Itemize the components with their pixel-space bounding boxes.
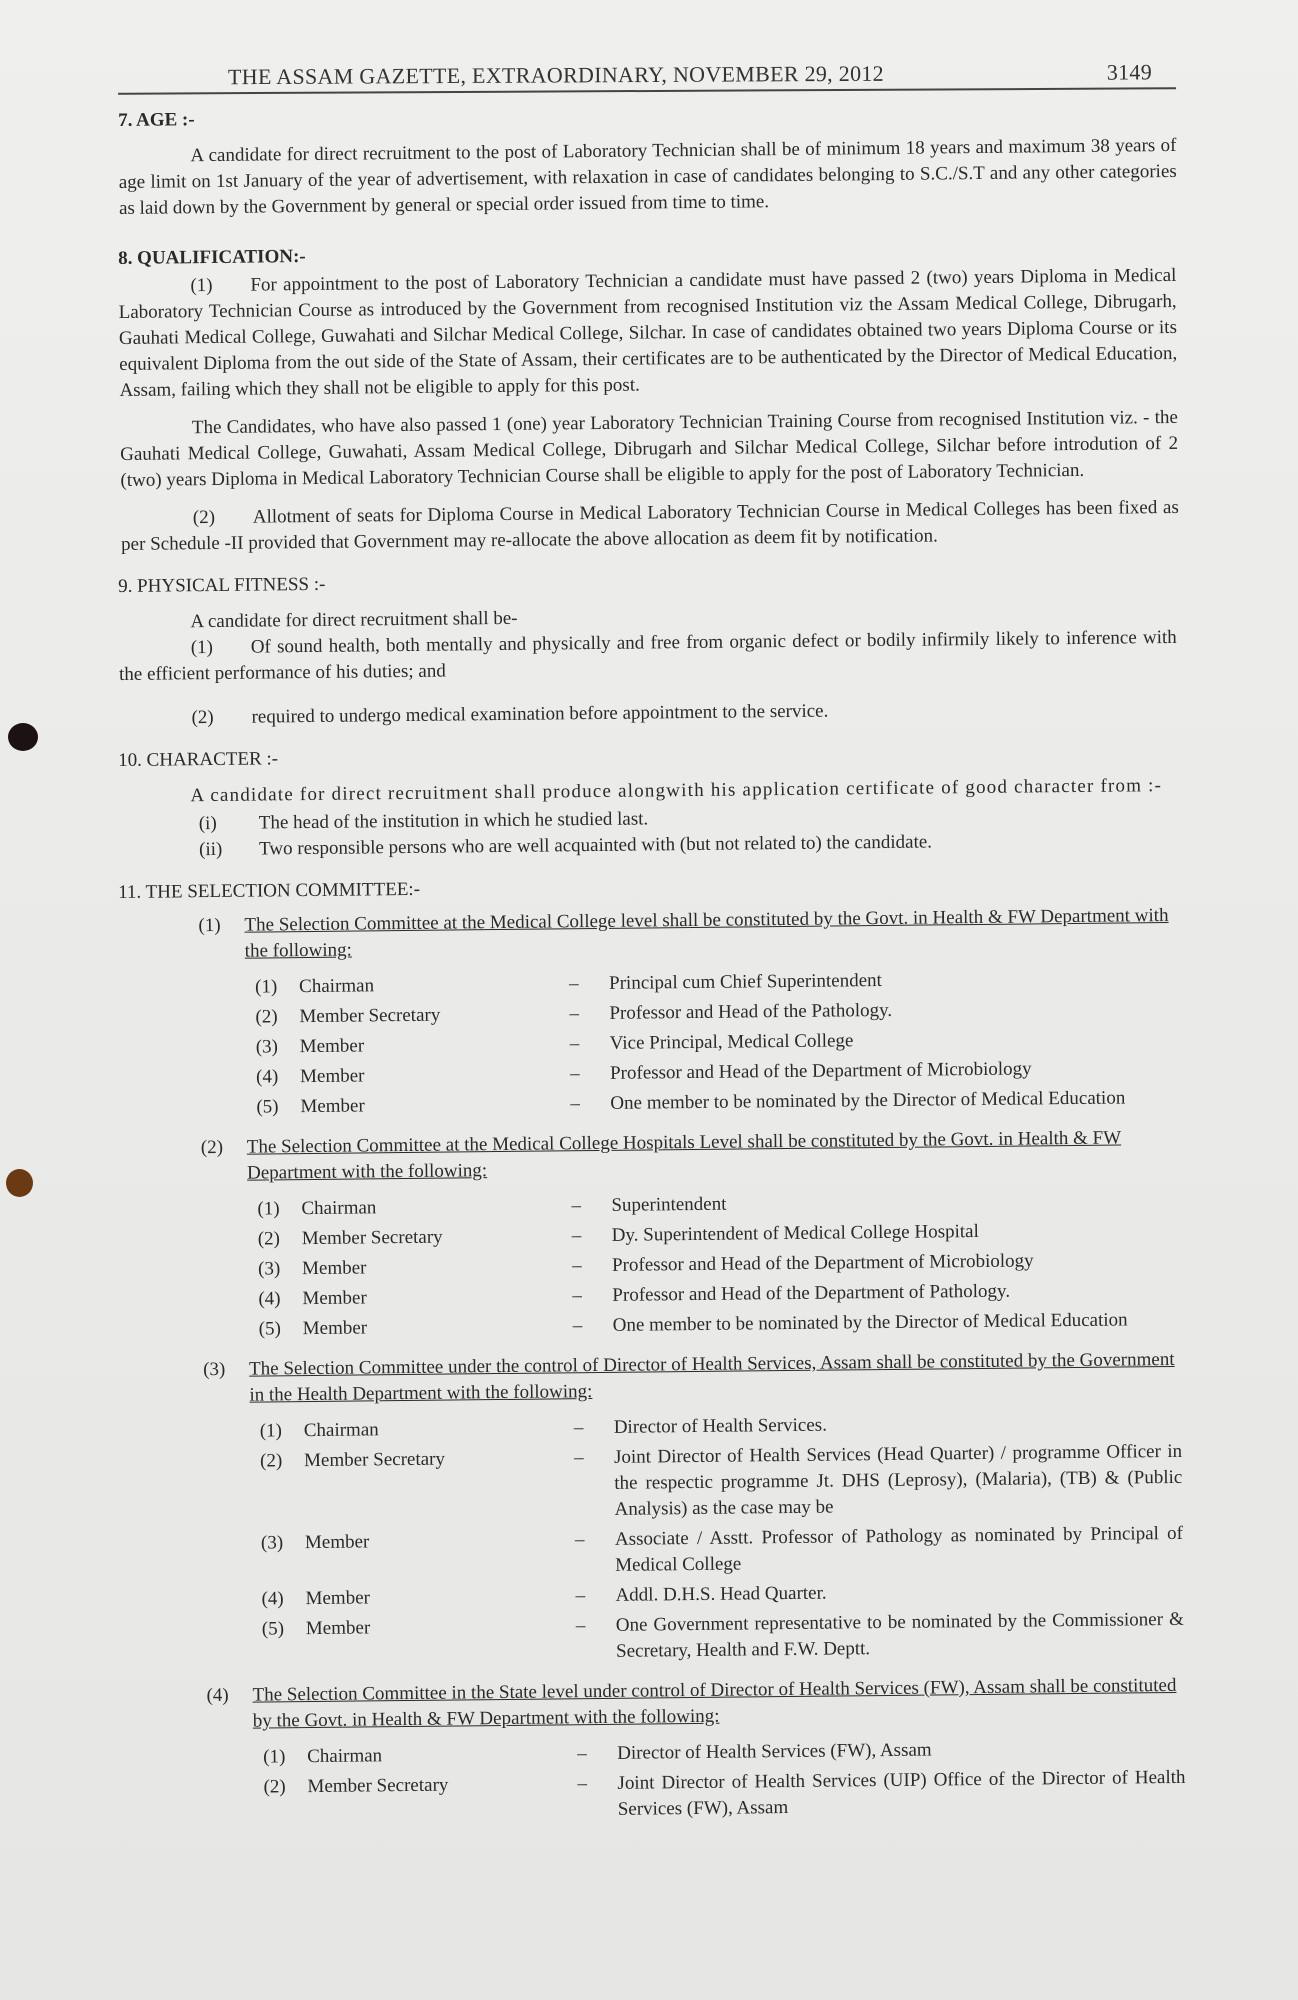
section-title: 10. CHARACTER :- — [118, 737, 1176, 774]
item-number: (1) — [190, 273, 250, 300]
committee-heading-text: The Selection Committee under the contro… — [249, 1347, 1181, 1409]
committee-member-row: (1)Chairman–Director of Health Services. — [260, 1409, 1182, 1445]
committee-member-row: (4)Member–Professor and Head of the Depa… — [256, 1055, 1178, 1091]
item-number: (2) — [193, 505, 253, 532]
member-description: Professor and Head of the Department of … — [610, 1055, 1178, 1087]
committee-member-row: (3)Member–Professor and Head of the Depa… — [258, 1247, 1180, 1283]
member-number: (1) — [263, 1744, 307, 1770]
item-number: (3) — [203, 1357, 250, 1409]
dash-separator: – — [570, 1091, 610, 1117]
member-description: Professor and Head of the Department of … — [612, 1247, 1180, 1279]
item-number: (4) — [206, 1683, 253, 1735]
member-description: One Government representative to be nomi… — [616, 1607, 1185, 1665]
member-description: Joint Director of Health Services (UIP) … — [617, 1765, 1186, 1823]
age-text: A candidate for direct recruitment to th… — [118, 133, 1177, 222]
item-number: (1) — [198, 913, 245, 965]
member-number: (3) — [256, 1034, 300, 1060]
member-role: Chairman — [299, 971, 569, 1000]
member-role: Member — [303, 1313, 573, 1342]
member-number: (5) — [256, 1094, 300, 1120]
committee-member-row: (5)Member–One member to be nominated by … — [256, 1085, 1178, 1121]
section-qualification: 8. QUALIFICATION:- (1)For appointment to… — [118, 235, 1179, 558]
item-text: required to undergo medical examination … — [251, 701, 828, 728]
committee-member-row: (5)Member–One member to be nominated by … — [259, 1307, 1181, 1343]
committee-member-row: (1)Chairman–Director of Health Services … — [263, 1735, 1185, 1771]
section-selection-committee: 11. THE SELECTION COMMITTEE:- (1)The Sel… — [118, 869, 1186, 1828]
item-number: (2) — [201, 1135, 248, 1187]
committee-member-row: (1)Chairman–Superintendent — [257, 1187, 1179, 1223]
member-number: (3) — [258, 1256, 302, 1282]
member-number: (5) — [262, 1616, 307, 1668]
member-number: (2) — [260, 1448, 305, 1526]
gazette-page: THE ASSAM GAZETTE, EXTRAORDINARY, NOVEMB… — [0, 0, 1298, 2000]
section-physical-fitness: 9. PHYSICAL FITNESS :- A candidate for d… — [118, 563, 1178, 732]
qualification-para-2: The Candidates, who have also passed 1 (… — [120, 405, 1179, 494]
gazette-title: THE ASSAM GAZETTE, EXTRAORDINARY, NOVEMB… — [228, 61, 884, 90]
committee-member-row: (2)Member Secretary–Joint Director of He… — [263, 1765, 1185, 1827]
physical-item-1: (1)Of sound health, both mentally and ph… — [119, 625, 1177, 688]
dash-separator: – — [575, 1583, 615, 1609]
member-role: Member — [302, 1253, 572, 1282]
member-number: (1) — [260, 1418, 304, 1444]
member-role: Chairman — [301, 1193, 571, 1222]
committee-heading: (2)The Selection Committee at the Medica… — [201, 1125, 1179, 1187]
member-role: Member Secretary — [307, 1771, 578, 1826]
item-text: Of sound health, both mentally and physi… — [119, 627, 1177, 685]
member-number: (1) — [257, 1196, 301, 1222]
item-number: (1) — [191, 635, 251, 662]
member-description: Director of Health Services. — [614, 1409, 1182, 1441]
page-number: 3149 — [1107, 59, 1152, 85]
member-role: Chairman — [307, 1741, 577, 1770]
committee-heading-text: The Selection Committee in the State lev… — [252, 1673, 1184, 1735]
member-number: (2) — [263, 1774, 308, 1826]
dash-separator: – — [570, 1061, 610, 1087]
committee-member-row: (2)Member Secretary–Professor and Head o… — [255, 995, 1177, 1031]
dash-separator: – — [576, 1613, 617, 1665]
member-role: Member — [300, 1061, 570, 1090]
dash-separator: – — [571, 1193, 611, 1219]
member-number: (4) — [258, 1286, 302, 1312]
dash-separator: – — [574, 1415, 614, 1441]
committee-member-row: (1)Chairman–Principal cum Chief Superint… — [255, 965, 1177, 1001]
section-title: 7. AGE :- — [118, 97, 1176, 134]
dash-separator: – — [577, 1771, 618, 1823]
qualification-para-1: (1)For appointment to the post of Labora… — [118, 263, 1177, 404]
punch-hole — [6, 1169, 33, 1197]
section-title: 9. PHYSICAL FITNESS :- — [118, 563, 1176, 600]
dash-separator: – — [569, 1001, 609, 1027]
member-role: Member Secretary — [304, 1445, 575, 1526]
committee-member-row: (2)Member Secretary–Dy. Superintendent o… — [258, 1217, 1180, 1253]
member-number: (1) — [255, 974, 299, 1000]
member-description: Dy. Superintendent of Medical College Ho… — [612, 1217, 1180, 1249]
dash-separator: – — [569, 971, 609, 997]
committee-group: (1)The Selection Committee at the Medica… — [118, 903, 1178, 1122]
member-role: Member Secretary — [302, 1223, 572, 1252]
item-number: (ii) — [199, 837, 259, 864]
member-number: (4) — [261, 1586, 305, 1612]
member-role: Member Secretary — [299, 1001, 569, 1030]
committee-member-row: (3)Member–Associate / Asstt. Professor o… — [261, 1521, 1183, 1583]
committee-member-row: (3)Member–Vice Principal, Medical Colleg… — [256, 1025, 1178, 1061]
dash-separator: – — [573, 1313, 613, 1339]
member-description: Professor and Head of the Department of … — [612, 1277, 1180, 1309]
qualification-para-3: (2)Allotment of seats for Diploma Course… — [121, 495, 1179, 558]
committee-member-row: (2)Member Secretary–Joint Director of He… — [260, 1439, 1183, 1527]
dash-separator: – — [577, 1741, 617, 1767]
member-description: Director of Health Services (FW), Assam — [617, 1735, 1185, 1767]
section-age: 7. AGE :- A candidate for direct recruit… — [118, 97, 1177, 222]
item-number: (2) — [191, 705, 251, 732]
physical-item-2: (2)required to undergo medical examinati… — [119, 695, 1177, 732]
member-description: Vice Principal, Medical College — [610, 1025, 1178, 1057]
section-title: 11. THE SELECTION COMMITTEE:- — [118, 869, 1176, 906]
member-role: Member — [300, 1031, 570, 1060]
member-description: Addl. D.H.S. Head Quarter. — [615, 1577, 1183, 1609]
member-number: (3) — [261, 1530, 306, 1582]
committee-heading-text: The Selection Committee at the Medical C… — [244, 903, 1176, 965]
member-role: Member — [306, 1613, 577, 1668]
member-description: Principal cum Chief Superintendent — [609, 965, 1177, 997]
member-role: Member — [302, 1283, 572, 1312]
page-header: THE ASSAM GAZETTE, EXTRAORDINARY, NOVEMB… — [118, 59, 1176, 95]
dash-separator: – — [574, 1445, 615, 1523]
committee-member-row: (4)Member–Professor and Head of the Depa… — [258, 1277, 1180, 1313]
member-description: Professor and Head of the Pathology. — [609, 995, 1177, 1027]
member-number: (4) — [256, 1064, 300, 1090]
member-number: (5) — [259, 1316, 303, 1342]
member-role: Member — [300, 1091, 570, 1120]
dash-separator: – — [570, 1031, 610, 1057]
dash-separator: – — [575, 1527, 616, 1579]
committee-member-row: (4)Member–Addl. D.H.S. Head Quarter. — [261, 1577, 1183, 1613]
dash-separator: – — [572, 1283, 612, 1309]
committee-group: (4)The Selection Committee in the State … — [126, 1673, 1185, 1828]
committee-member-row: (5)Member–One Government representative … — [262, 1607, 1184, 1669]
committee-group: (3)The Selection Committee under the con… — [123, 1347, 1184, 1670]
member-role: Member — [305, 1527, 576, 1582]
committee-heading-text: The Selection Committee at the Medical C… — [247, 1125, 1179, 1187]
item-number: (i) — [199, 811, 259, 838]
member-description: Superintendent — [611, 1187, 1179, 1219]
para-text: For appointment to the post of Laborator… — [119, 265, 1178, 401]
dash-separator: – — [572, 1253, 612, 1279]
page-content: THE ASSAM GAZETTE, EXTRAORDINARY, NOVEMB… — [118, 62, 1176, 1842]
committee-group: (2)The Selection Committee at the Medica… — [121, 1125, 1181, 1344]
committee-groups: (1)The Selection Committee at the Medica… — [118, 903, 1186, 1828]
member-number: (2) — [258, 1226, 302, 1252]
member-role: Chairman — [304, 1415, 574, 1444]
member-number: (2) — [255, 1004, 299, 1030]
member-description: One member to be nominated by the Direct… — [613, 1307, 1181, 1339]
section-character: 10. CHARACTER :- A candidate for direct … — [118, 737, 1177, 864]
dash-separator: – — [572, 1223, 612, 1249]
committee-heading: (1)The Selection Committee at the Medica… — [198, 903, 1176, 965]
punch-hole — [8, 723, 38, 751]
committee-heading: (4)The Selection Committee in the State … — [206, 1673, 1184, 1735]
member-role: Member — [305, 1583, 575, 1612]
committee-heading: (3)The Selection Committee under the con… — [203, 1347, 1181, 1409]
member-description: Joint Director of Health Services (Head … — [614, 1439, 1183, 1523]
member-description: One member to be nominated by the Direct… — [610, 1085, 1178, 1117]
member-description: Associate / Asstt. Professor of Patholog… — [615, 1521, 1184, 1579]
para-text: Allotment of seats for Diploma Course in… — [121, 497, 1179, 555]
